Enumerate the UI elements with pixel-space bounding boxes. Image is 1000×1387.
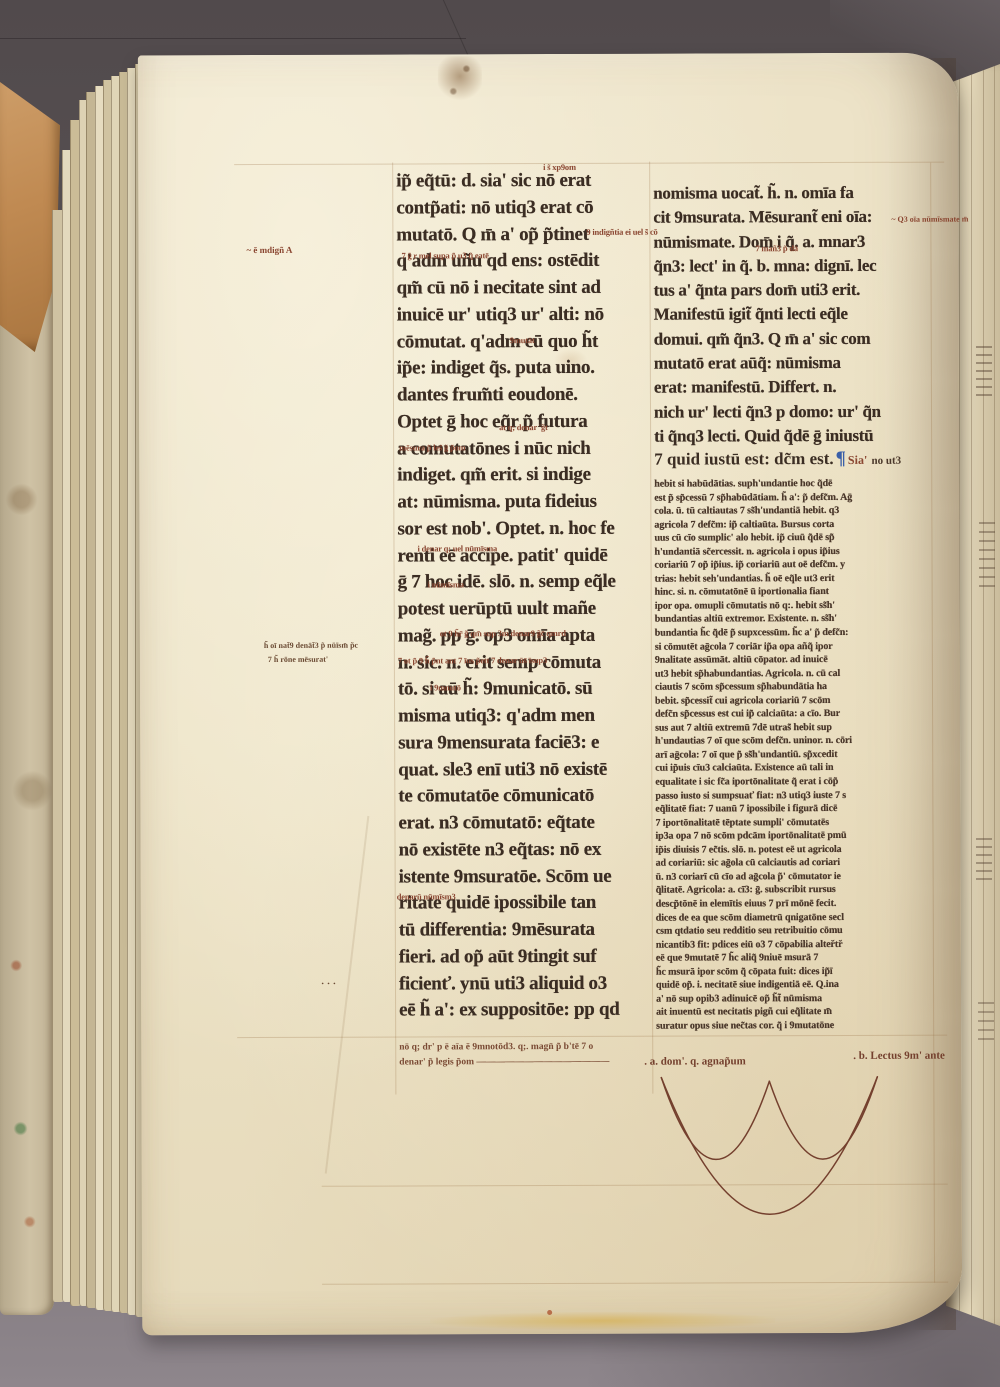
text-line: erat: manifestū. Differt. n. (654, 375, 940, 400)
commentary-line: eq̃litatē fiat: 7 uanū 7 ipossibile i fi… (655, 802, 939, 817)
parchment-crease (325, 816, 370, 1174)
commentary-line: bundantia h̃c q̃dē p̃ supxcessūm. h̃c a'… (655, 626, 939, 641)
commentary-line: uus cū cīo sumplic' alo hebit. ip̃ ciuū … (654, 531, 938, 546)
facing-page-edge-line (983, 64, 984, 1326)
facing-page-text-fragment (979, 522, 995, 592)
commentary-line: sus aut 7 altiū extremū 7dē utras̃ hebit… (655, 720, 939, 735)
backdrop-seam-horizontal (0, 38, 466, 39)
commentary-line: trias: hebit seh'undantias. h̃ oē eq̃le … (655, 571, 939, 586)
interlinear-gloss: 7 g̃ r mel supa p̃ u3 q̃ eatē (401, 250, 488, 260)
text-line: ficienť. ynū uti3 aliquid o3 (399, 970, 665, 998)
interlinear-gloss: i denar q; uel nūmīsma (417, 543, 497, 553)
margin-dots: · · · (321, 979, 336, 990)
margin-note-left: 7 h̃ rōne mēsurat' (268, 655, 328, 664)
commentary-line: q̃litatē. Agricola: a. cī3: ḡ. subscribi… (656, 883, 940, 898)
margin-note-right: ~ Q3 oīa nūmīsmate m̄ (891, 215, 968, 224)
commentary-line: coriariū 7 op̃ ip̃ius. ip̃ coriariū aut … (655, 558, 939, 573)
commentary-line: eē que 9mutatē 7 h̃c aliq̃ 9niuē msurā 7 (656, 951, 940, 966)
commentary-line: h'undantiā sc̃ercessit. n. agricola i op… (654, 544, 938, 559)
arc-figure (636, 1044, 967, 1285)
text-line: qm̃ cū nō i necitate sint ad (397, 275, 663, 303)
text-line: contp̃ati: nō utiq3 erat cō (396, 194, 662, 222)
large-arc (661, 1077, 877, 1215)
rubric-incipit: Sia' (848, 453, 867, 467)
commentary-line: ip3a opa 7 nō scōm pdcām iportōnalitatē … (655, 829, 939, 844)
text-line: quat. sle3 enī uti3 nō existē (398, 756, 664, 784)
text-line: q̃n3: lect' in q̃. b. mna: dignī. lec (653, 254, 939, 279)
commentary-line: ipor opa. omupli cōmutatis nō q:. hebit … (655, 599, 939, 614)
text-line: misma utiq3: q'adm men (398, 703, 664, 731)
ruling-line-horizontal (234, 162, 944, 165)
text-line: sura 9mensurata faciē3: e (398, 729, 664, 757)
small-arc-left (661, 1077, 769, 1159)
commentary-line: bundantias altiū extremor. Existente. n.… (655, 612, 939, 627)
commentary-line: equalitate i sic fc̃a iportōnalitate q̃ … (655, 775, 939, 790)
interlinear-gloss: at q; denar 'g̃t (499, 422, 548, 432)
commentary-line: a' nō sup opib3 adinuicē op̃ h̃t̃ nūmism… (656, 991, 940, 1006)
diagram-label-b: . b. Lectus 9m' ante (853, 1050, 945, 1062)
text-line: mutatō erat aūq̃: nūmisma (654, 351, 940, 376)
manuscript-photo: { "manuscript": { "colors": { "ink": "#3… (0, 0, 1000, 1387)
interlinear-gloss: 9 indigñtia ei uel s̃ cō (586, 227, 657, 237)
facing-page-edge-line (971, 64, 972, 1326)
text-line: fieri. ad op̃ aūt 9tingit suf (399, 943, 665, 971)
text-line: dantes frum̃ti eoudonē. (397, 382, 663, 410)
text-line: indiget. qm̃ erit. si indige (397, 462, 663, 490)
commentary-line: h'undautias 7 oī que scōm defc̃n. uninor… (655, 734, 939, 749)
text-line: nomisma uocat̃. h̃. n. omīa fa (653, 181, 939, 206)
text-line: eē h̃ a': ex suppositōe: pp qd (399, 997, 665, 1025)
text-line: nich ur' lecti q̃n3 p domo: ur' q̃n (654, 399, 940, 424)
manuscript-page: ip̃ eq̃tū: d. sia' sic nō eratcontp̃ati:… (138, 53, 962, 1336)
interlinear-gloss: ot 9 h̃r̄ g̃ qm̄ sup 3m denar9 g̃c̄ qmrd (440, 628, 566, 638)
text-line: Manifestū igit̃ q̃nti lecti eq̃le (654, 302, 940, 327)
commentary-line: ut3 hebit sp̃habundantias. Agricola. n. … (655, 666, 939, 681)
commentary-line: si cōmutēt aḡcola 7 coriār ip̃a opa añq̃… (655, 639, 939, 654)
commentary-line: arī aḡcola: 7 oī que p̃ ss̃h'undantiū. s… (655, 748, 939, 763)
commentary-line: ait inuentū est necitatis pigñ cui eq̃li… (656, 1005, 940, 1020)
interlinear-gloss: mēsura p̃ les̃ g̃ p̃om (399, 442, 465, 452)
interlinear-gloss: 7 ot p̃ 9 h̃ p̃nt ant 7 īus p̃ett 7 dena… (398, 655, 547, 666)
proportion-diagram (636, 1044, 967, 1285)
commentary-line: ad coriariū: sic aḡola cū calciautis ad … (656, 856, 940, 871)
text-line: 7 quid iustū est: dc̃m est. (654, 449, 834, 469)
commentary-line: csm qtdatio seu redditio seu retribuitio… (656, 924, 940, 939)
diagram-label-a: . a. dom'. q. agnap̃um (644, 1055, 746, 1067)
text-line: te cōmutatōe cōmunicatō (398, 783, 664, 811)
interlinear-gloss: denarū nūmīsm3 (397, 891, 456, 901)
text-line: domui. qm̃ q̃n3. Q m̄ a' sic com (654, 326, 940, 351)
interlinear-gloss: 7 mañ3 p̃ dā (755, 243, 797, 253)
commentary-line: hebit si habūdātias. suph'undantie hoc q… (654, 477, 938, 492)
commentary-line: 7 iportōnalitatē tēptate sumpli' cōmutat… (655, 815, 939, 830)
ruling-line-horizontal (237, 1035, 947, 1038)
right-text-column-small: hebit si habūdātias. suph'undantie hoc q… (654, 477, 940, 1033)
text-line: tū differentia: 9mēsurata (399, 917, 665, 945)
stain (438, 56, 482, 106)
text-line: ip̃ eq̃tū: d. sia' sic nō erat (396, 168, 662, 196)
text-line: inuicē ur' utiq3 ur' alti: nō (397, 301, 663, 329)
commentary-line: nicantib3 fit: pdices eiū o3 7 cōpabilia… (656, 937, 940, 952)
commentary-line: ciautis 7 scōm sp̃cessum sp̃habundātia h… (655, 680, 939, 695)
margin-note-left: ~ ē mdigñ A (246, 245, 292, 255)
facing-page-text-fragment (976, 346, 992, 396)
text-line: sor est nob'. Optet. n. hoc fe (397, 515, 663, 543)
margin-note-left: h̃ oī nat̄9 denāt̄3 p̃ nūīsm̄ p̃c (264, 641, 358, 650)
commentary-line: agricola 7 defc̃m: ip̃ caltiaūta. Bursus… (654, 517, 938, 532)
facing-page-text-fragment (976, 838, 992, 884)
text-line: at: nūmisma. puta fideius (397, 489, 663, 517)
commentary-line: 9nalitate assūmāt. altiū cōpator. ad inu… (655, 653, 939, 668)
commentary-line: hinc. si. n. cōmutatōnē ū iportionalia f… (655, 585, 939, 600)
facing-page-edge-line (994, 64, 995, 1326)
facing-page-text-fragment (978, 1002, 994, 1046)
right-column-last-large-line: 7 quid iustū est: dc̃m est.¶Sia' no ut3 (654, 448, 901, 471)
text-line: tus a' q̃nta pars dom̄ uti3 erit. (654, 278, 940, 303)
commentary-line: est p̃ sp̃cessū 7 sp̃habūdātiam. h̃ a': … (654, 490, 938, 505)
commentary-line: suratur opus siue nec̃tas cor. q̃ i 9mut… (656, 1019, 940, 1034)
interlinear-gloss: i nūmīsma (428, 579, 464, 589)
commentary-line: bebit. sp̃cessit̃ cui agricola coriariū … (655, 693, 939, 708)
commentary-line: passo iusto si sumpsuať fiat: n3 utiq3 i… (655, 788, 939, 803)
commentary-line: ip̃is diuisis 7 ec̃tis. slō. n. potest e… (656, 842, 940, 857)
commentary-line: ū. n3 coriarī cū cīo ad aḡcola p̃' cōmut… (656, 870, 940, 885)
commentary-line: defc̃n sp̃cessus est cui ip̃ calciaūta: … (655, 707, 939, 722)
stain (430, 1311, 775, 1330)
interlinear-gloss: i 9mnutō (430, 682, 461, 692)
text-line: ip̃e: indiget q̃s. puta uino. (397, 355, 663, 383)
text-line: istente 9msuratōe. Scōm ue (399, 863, 665, 891)
text-line: ti q̃nq3 lecti. Quid q̃dē ḡ iniustū (654, 424, 940, 449)
commentary-line: quidē op̃. i. necitatē siue indigentiā e… (656, 978, 940, 993)
interlinear-gloss: i s̃ xp9om (543, 162, 576, 172)
pilcrow-icon: ¶ (834, 448, 848, 469)
ink-fleck (547, 1310, 552, 1315)
commentary-line: cola. ū. tū caltiautas 7 ss̃h'undantiā h… (654, 504, 938, 519)
commentary-line: cui ip̃uis cīu3 calciaūta. Existence aū … (655, 761, 939, 776)
interlinear-gloss: 9mutāt (510, 335, 535, 345)
text-line: erat. n3 cōmutatō: eq̃tate (398, 810, 664, 838)
small-arc-right (769, 1077, 877, 1159)
text-line: potest uerūptū uult mañe (398, 596, 664, 624)
commentary-line: dices de ea que scōm diametrū qnigatōne … (656, 910, 940, 925)
commentary-line: descp̃tōnē in elemītis eiuus 7 prī mōnē … (656, 897, 940, 912)
commentary-start: no ut3 (871, 455, 901, 467)
commentary-line: h̃c msurā ipor scōm q̃ cōpata fuit: dice… (656, 964, 940, 979)
text-line: nō existēte n3 eq̃tas: nō ex (398, 836, 664, 864)
